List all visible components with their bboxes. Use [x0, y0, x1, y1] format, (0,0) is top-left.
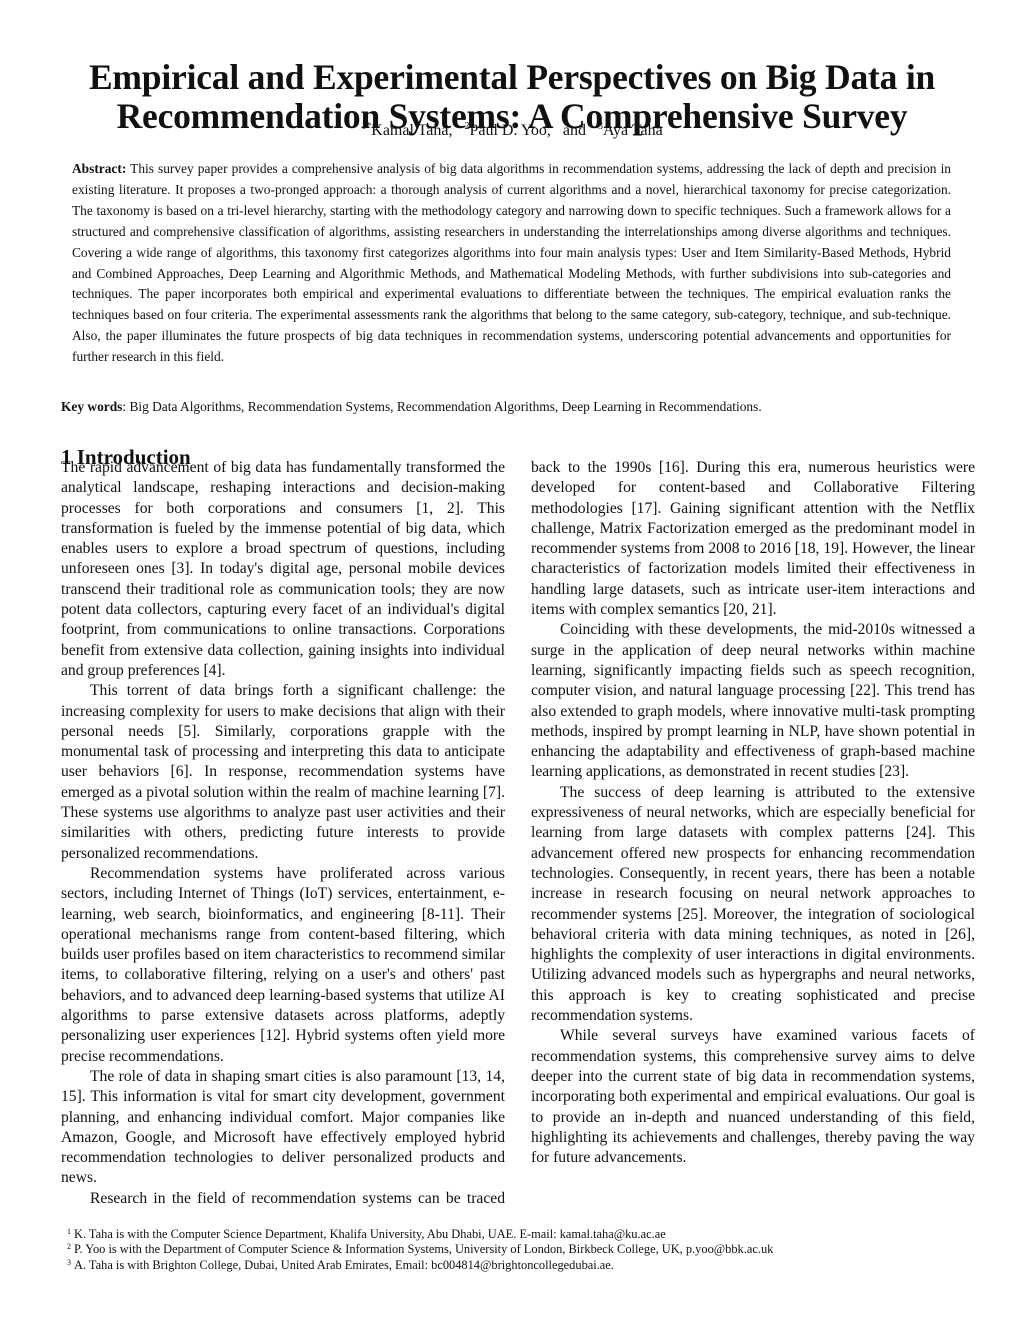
paragraph: Recommendation systems have proliferated… [61, 864, 505, 1067]
author-name: Aya Taha [603, 122, 663, 139]
footnote: 1K. Taha is with the Computer Science De… [67, 1227, 967, 1242]
author-list: 1*Kamal Taha, 2Paul D. Yoo, and 3Aya Tah… [0, 121, 1024, 141]
paragraph: back to the 1990s [16]. During this era,… [531, 458, 975, 620]
footnote-mark: 3 [67, 1258, 71, 1267]
footnote: 3A. Taha is with Brighton College, Dubai… [67, 1258, 967, 1273]
abstract-text: This survey paper provides a comprehensi… [72, 161, 951, 364]
footnote-mark: 2 [67, 1242, 71, 1251]
author: 1*Kamal Taha, [361, 122, 452, 139]
paragraph: The role of data in shaping smart cities… [61, 1067, 505, 1189]
author-name: Paul D. Yoo, [469, 122, 550, 139]
author: 2Paul D. Yoo, [464, 122, 550, 139]
footnotes: 1K. Taha is with the Computer Science De… [67, 1227, 967, 1273]
paragraph: The success of deep learning is attribut… [531, 783, 975, 1027]
abstract-label: Abstract: [72, 161, 126, 176]
author-connector: and [563, 122, 586, 139]
title-line-1: Empirical and Experimental Perspectives … [89, 57, 935, 97]
author-name: Kamal Taha, [371, 122, 452, 139]
footnote-mark: 1 [67, 1227, 71, 1236]
author: 3Aya Taha [598, 122, 663, 139]
paragraph: Coinciding with these developments, the … [531, 620, 975, 782]
footnote: 2P. Yoo is with the Department of Comput… [67, 1242, 967, 1257]
paragraph: While several surveys have examined vari… [531, 1026, 975, 1168]
footnote-text: A. Taha is with Brighton College, Dubai,… [74, 1258, 614, 1272]
author-affiliation-mark: 1* [361, 121, 371, 132]
keywords-text: : Big Data Algorithms, Recommendation Sy… [122, 399, 761, 414]
right-column: back to the 1990s [16]. During this era,… [531, 458, 975, 1168]
footnote-text: K. Taha is with the Computer Science Dep… [74, 1227, 666, 1241]
abstract: Abstract: This survey paper provides a c… [72, 159, 951, 368]
left-column: The rapid advancement of big data has fu… [61, 458, 505, 1209]
paragraph: Research in the field of recommendation … [61, 1189, 505, 1209]
footnote-text: P. Yoo is with the Department of Compute… [74, 1242, 773, 1256]
paragraph: This torrent of data brings forth a sign… [61, 681, 505, 864]
keywords: Key words: Big Data Algorithms, Recommen… [61, 397, 961, 417]
keywords-label: Key words [61, 399, 122, 414]
paragraph: The rapid advancement of big data has fu… [61, 458, 505, 681]
